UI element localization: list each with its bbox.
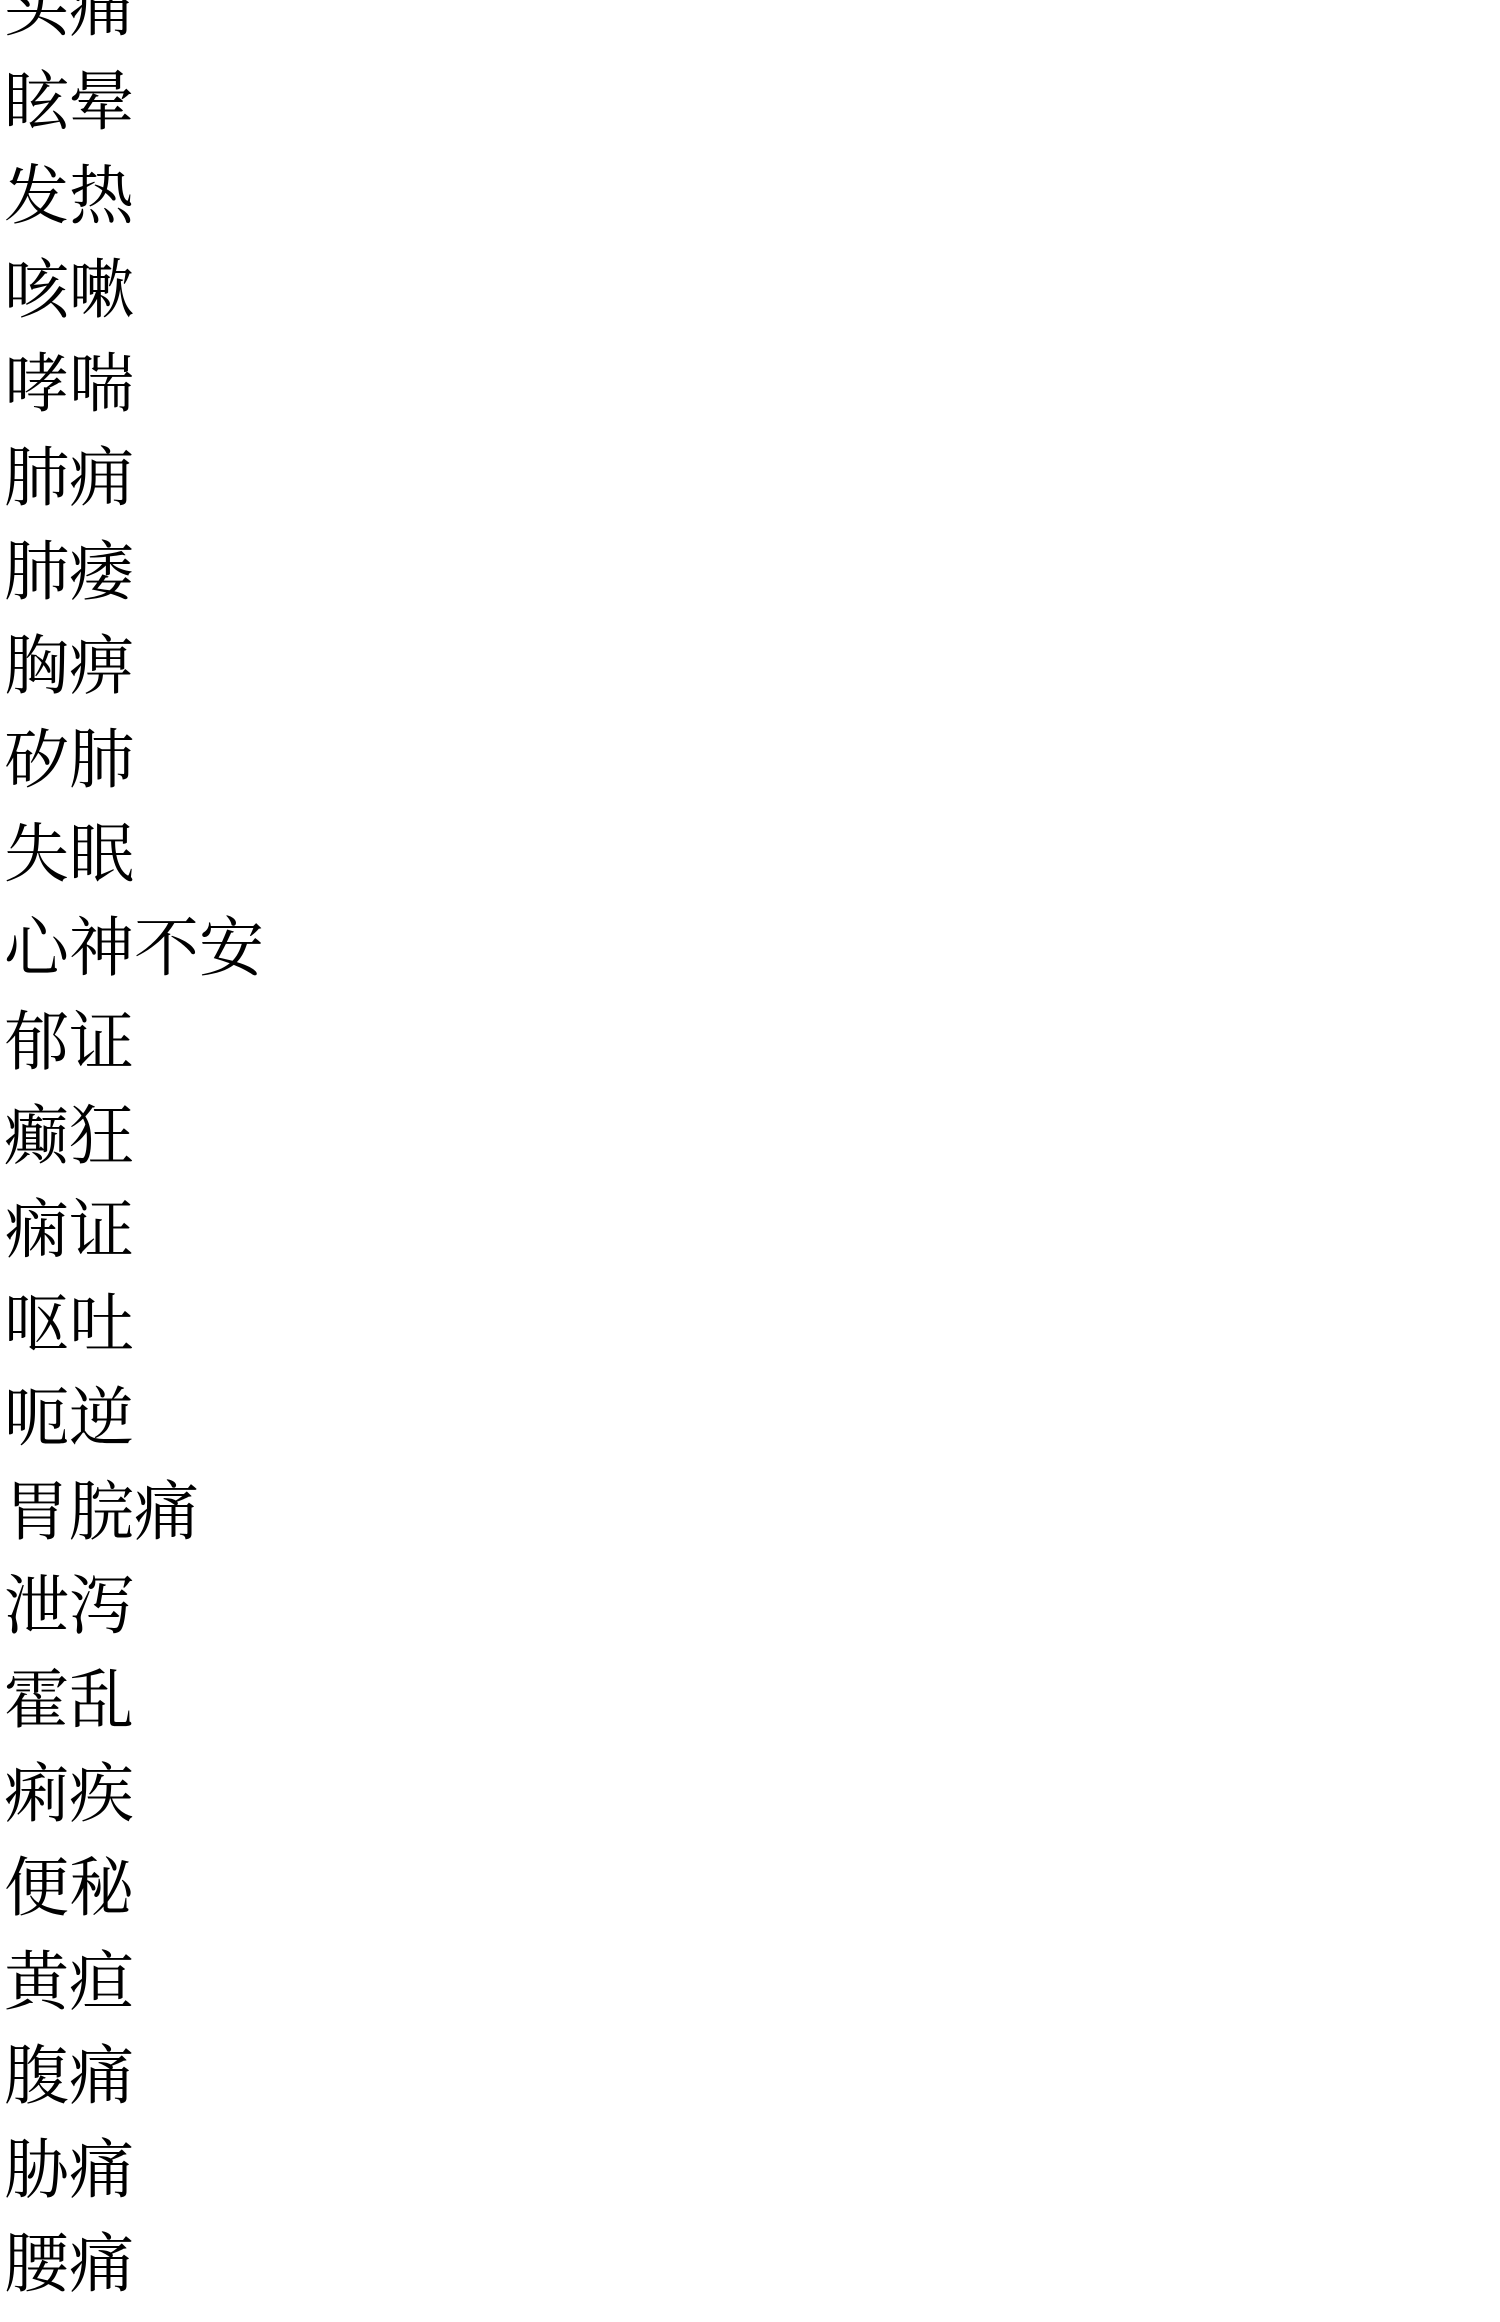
list-item: 胁痛 bbox=[4, 2123, 1500, 2217]
list-item: 矽肺 bbox=[4, 713, 1500, 807]
list-item: 心神不安 bbox=[4, 901, 1500, 995]
list-item: 呃逆 bbox=[4, 1371, 1500, 1465]
list-item: 郁证 bbox=[4, 995, 1500, 1089]
list-item: 痫证 bbox=[4, 1183, 1500, 1277]
list-item: 头痛 bbox=[4, 0, 1500, 55]
list-item: 胃脘痛 bbox=[4, 1465, 1500, 1559]
list-item: 失眠 bbox=[4, 807, 1500, 901]
list-item: 呕吐 bbox=[4, 1277, 1500, 1371]
list-item: 眩晕 bbox=[4, 55, 1500, 149]
list-item: 肺痈 bbox=[4, 431, 1500, 525]
list-item: 腹痛 bbox=[4, 2029, 1500, 2123]
list-item: 霍乱 bbox=[4, 1653, 1500, 1747]
disease-list: 头痛 眩晕 发热 咳嗽 哮喘 肺痈 肺痿 胸痹 矽肺 失眠 心神不安 郁证 癫狂… bbox=[0, 0, 1500, 2311]
list-item: 泄泻 bbox=[4, 1559, 1500, 1653]
list-item: 胸痹 bbox=[4, 619, 1500, 713]
list-item: 癫狂 bbox=[4, 1089, 1500, 1183]
list-item: 发热 bbox=[4, 149, 1500, 243]
list-item: 哮喘 bbox=[4, 337, 1500, 431]
list-item: 痢疾 bbox=[4, 1747, 1500, 1841]
list-item: 肺痿 bbox=[4, 525, 1500, 619]
list-item: 便秘 bbox=[4, 1841, 1500, 1935]
list-item: 咳嗽 bbox=[4, 243, 1500, 337]
list-item: 腰痛 bbox=[4, 2217, 1500, 2311]
list-item: 黄疸 bbox=[4, 1935, 1500, 2029]
